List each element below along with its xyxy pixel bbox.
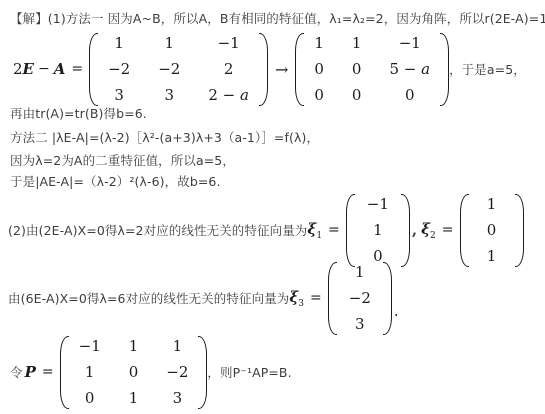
left-paren <box>460 194 469 267</box>
matrix-cell: 0 <box>352 61 362 78</box>
right-paren <box>401 194 410 267</box>
matrix-cell: 1 <box>129 390 139 407</box>
similarity-conclusion: ，则P⁻¹AP=B. <box>207 363 291 381</box>
equals-sign: = <box>442 222 454 238</box>
matrix-cell: 1 <box>129 338 139 355</box>
eigenvector-lambda2-text: (2)由(2E-A)X=0得λ=2对应的线性无关的特征向量为 <box>8 221 307 239</box>
matrix-cell: 1 <box>79 364 101 381</box>
right-paren <box>515 194 524 267</box>
eigenvectors-lambda2-row: (2)由(2E-A)X=0得λ=2对应的线性无关的特征向量为 ξ1 = −1 1… <box>8 195 524 265</box>
xi1-subscript: 1 <box>316 231 322 241</box>
vector-cell: 1 <box>367 222 389 239</box>
eigenvector-lambda6-row: 由(6E-A)X=0得λ=6对应的线性无关的特征向量为 ξ3 = 1 −2 3 … <box>8 263 399 333</box>
matrix-row-reduced: 1 1 −1 0 0 5 − a 0 0 0 <box>295 32 449 107</box>
matrix-cell: 1 <box>108 35 130 52</box>
cell-constant: 5 − <box>389 60 421 78</box>
a-value-conclusion: ，于是a=5， <box>449 60 526 78</box>
matrix-cell: −2 <box>166 364 188 381</box>
matrix-cell: 2 − a <box>208 87 249 104</box>
let-text: 令 <box>10 363 23 381</box>
right-paren <box>383 262 392 335</box>
vector-cell: −1 <box>367 196 389 213</box>
right-paren <box>440 33 449 106</box>
equals-sign: = <box>71 61 83 77</box>
matrix-p: −1 1 1 1 0 −2 0 1 3 <box>60 335 208 410</box>
right-paren <box>259 33 268 106</box>
vector-cell: 3 <box>349 316 371 333</box>
matrix-cell: 5 − a <box>389 61 430 78</box>
vector-xi3: 1 −2 3 <box>328 261 392 336</box>
equals-sign: = <box>42 364 54 380</box>
matrix-cell: −1 <box>389 35 430 52</box>
matrix-cell: 1 <box>314 35 324 52</box>
matrix-cell: −1 <box>208 35 249 52</box>
equals-sign: = <box>310 290 322 306</box>
xi2-symbol: ξ2 <box>421 219 436 241</box>
cell-variable-a: a <box>240 86 249 104</box>
xi2-subscript: 2 <box>430 231 436 241</box>
cell-variable-a: a <box>421 60 430 78</box>
vector-cell: −2 <box>349 290 371 307</box>
vector-cell: 1 <box>481 196 503 213</box>
matrix-p-row: 令 P = −1 1 1 1 0 −2 0 1 3 ，则P⁻¹AP=B. <box>10 332 292 412</box>
matrix-cell: −1 <box>79 338 101 355</box>
equation-2e-minus-a-row: 2 E − A = 1 1 −1 −2 −2 2 3 3 2 − a → 1 <box>13 32 526 106</box>
matrix-cell: 1 <box>352 35 362 52</box>
matrix-2e-minus-a: 1 1 −1 −2 −2 2 3 3 2 − a <box>89 32 268 107</box>
matrix-cell: 0 <box>314 87 324 104</box>
matrix-cell: 2 <box>208 61 249 78</box>
vector-cell: 1 <box>481 248 503 265</box>
vector-xi1: −1 1 0 <box>346 193 410 268</box>
cell-constant: 2 − <box>208 86 240 104</box>
matrix-cell: 1 <box>158 35 180 52</box>
trace-condition-line: 再由tr(A)=tr(B)得b=6. <box>10 104 147 122</box>
matrix-cell: 3 <box>108 87 130 104</box>
left-paren <box>328 262 337 335</box>
left-paren <box>295 33 304 106</box>
equals-sign: = <box>328 222 340 238</box>
eigenvector-lambda6-text: 由(6E-A)X=0得λ=6对应的线性无关的特征向量为 <box>8 289 289 307</box>
xi1-symbol: ξ1 <box>307 219 322 241</box>
vector-xi2: 1 0 1 <box>460 193 524 268</box>
xi3-subscript: 3 <box>298 299 304 309</box>
matrix-cell: 0 <box>129 364 139 381</box>
method2-a-value-line: 因为λ=2为A的二重特征值，所以a=5， <box>10 151 235 169</box>
matrix-cell: 0 <box>314 61 324 78</box>
matrix-a-symbol: A <box>54 60 66 78</box>
method2-b-value-line: 于是|AE-A|=（λ-2）²(λ-6)，故b=6. <box>10 172 221 190</box>
matrix-cell: 3 <box>158 87 180 104</box>
xi3-symbol: ξ3 <box>289 287 304 309</box>
left-paren <box>346 194 355 267</box>
minus-operator: − <box>38 61 50 77</box>
solution-intro-line: 【解】(1)方法一 因为A~B，所以A，B有相同的特征值，λ₁=λ₂=2，因为角… <box>10 9 545 27</box>
vector-cell: 0 <box>481 222 503 239</box>
left-paren <box>89 33 98 106</box>
left-paren <box>60 336 69 409</box>
matrix-cell: −2 <box>158 61 180 78</box>
solution-document: 【解】(1)方法一 因为A~B，所以A，B有相同的特征值，λ₁=λ₂=2，因为角… <box>0 0 545 414</box>
separator-comma: , <box>412 221 417 239</box>
matrix-cell: 3 <box>166 390 188 407</box>
right-paren <box>198 336 207 409</box>
coefficient: 2 <box>13 60 23 78</box>
matrix-cell: 0 <box>389 87 430 104</box>
identity-symbol: E <box>23 60 34 78</box>
p-symbol: P <box>25 363 36 381</box>
matrix-cell: 1 <box>166 338 188 355</box>
row-reduction-arrow-icon: → <box>275 60 288 79</box>
sentence-period: . <box>394 302 399 320</box>
matrix-cell: 0 <box>352 87 362 104</box>
matrix-cell: 0 <box>79 390 101 407</box>
vector-cell: 1 <box>349 264 371 281</box>
matrix-cell: −2 <box>108 61 130 78</box>
method2-determinant-line: 方法二 |λE-A|=(λ-2)［λ²-(a+3)λ+3（a-1）］=f(λ)， <box>10 128 319 146</box>
